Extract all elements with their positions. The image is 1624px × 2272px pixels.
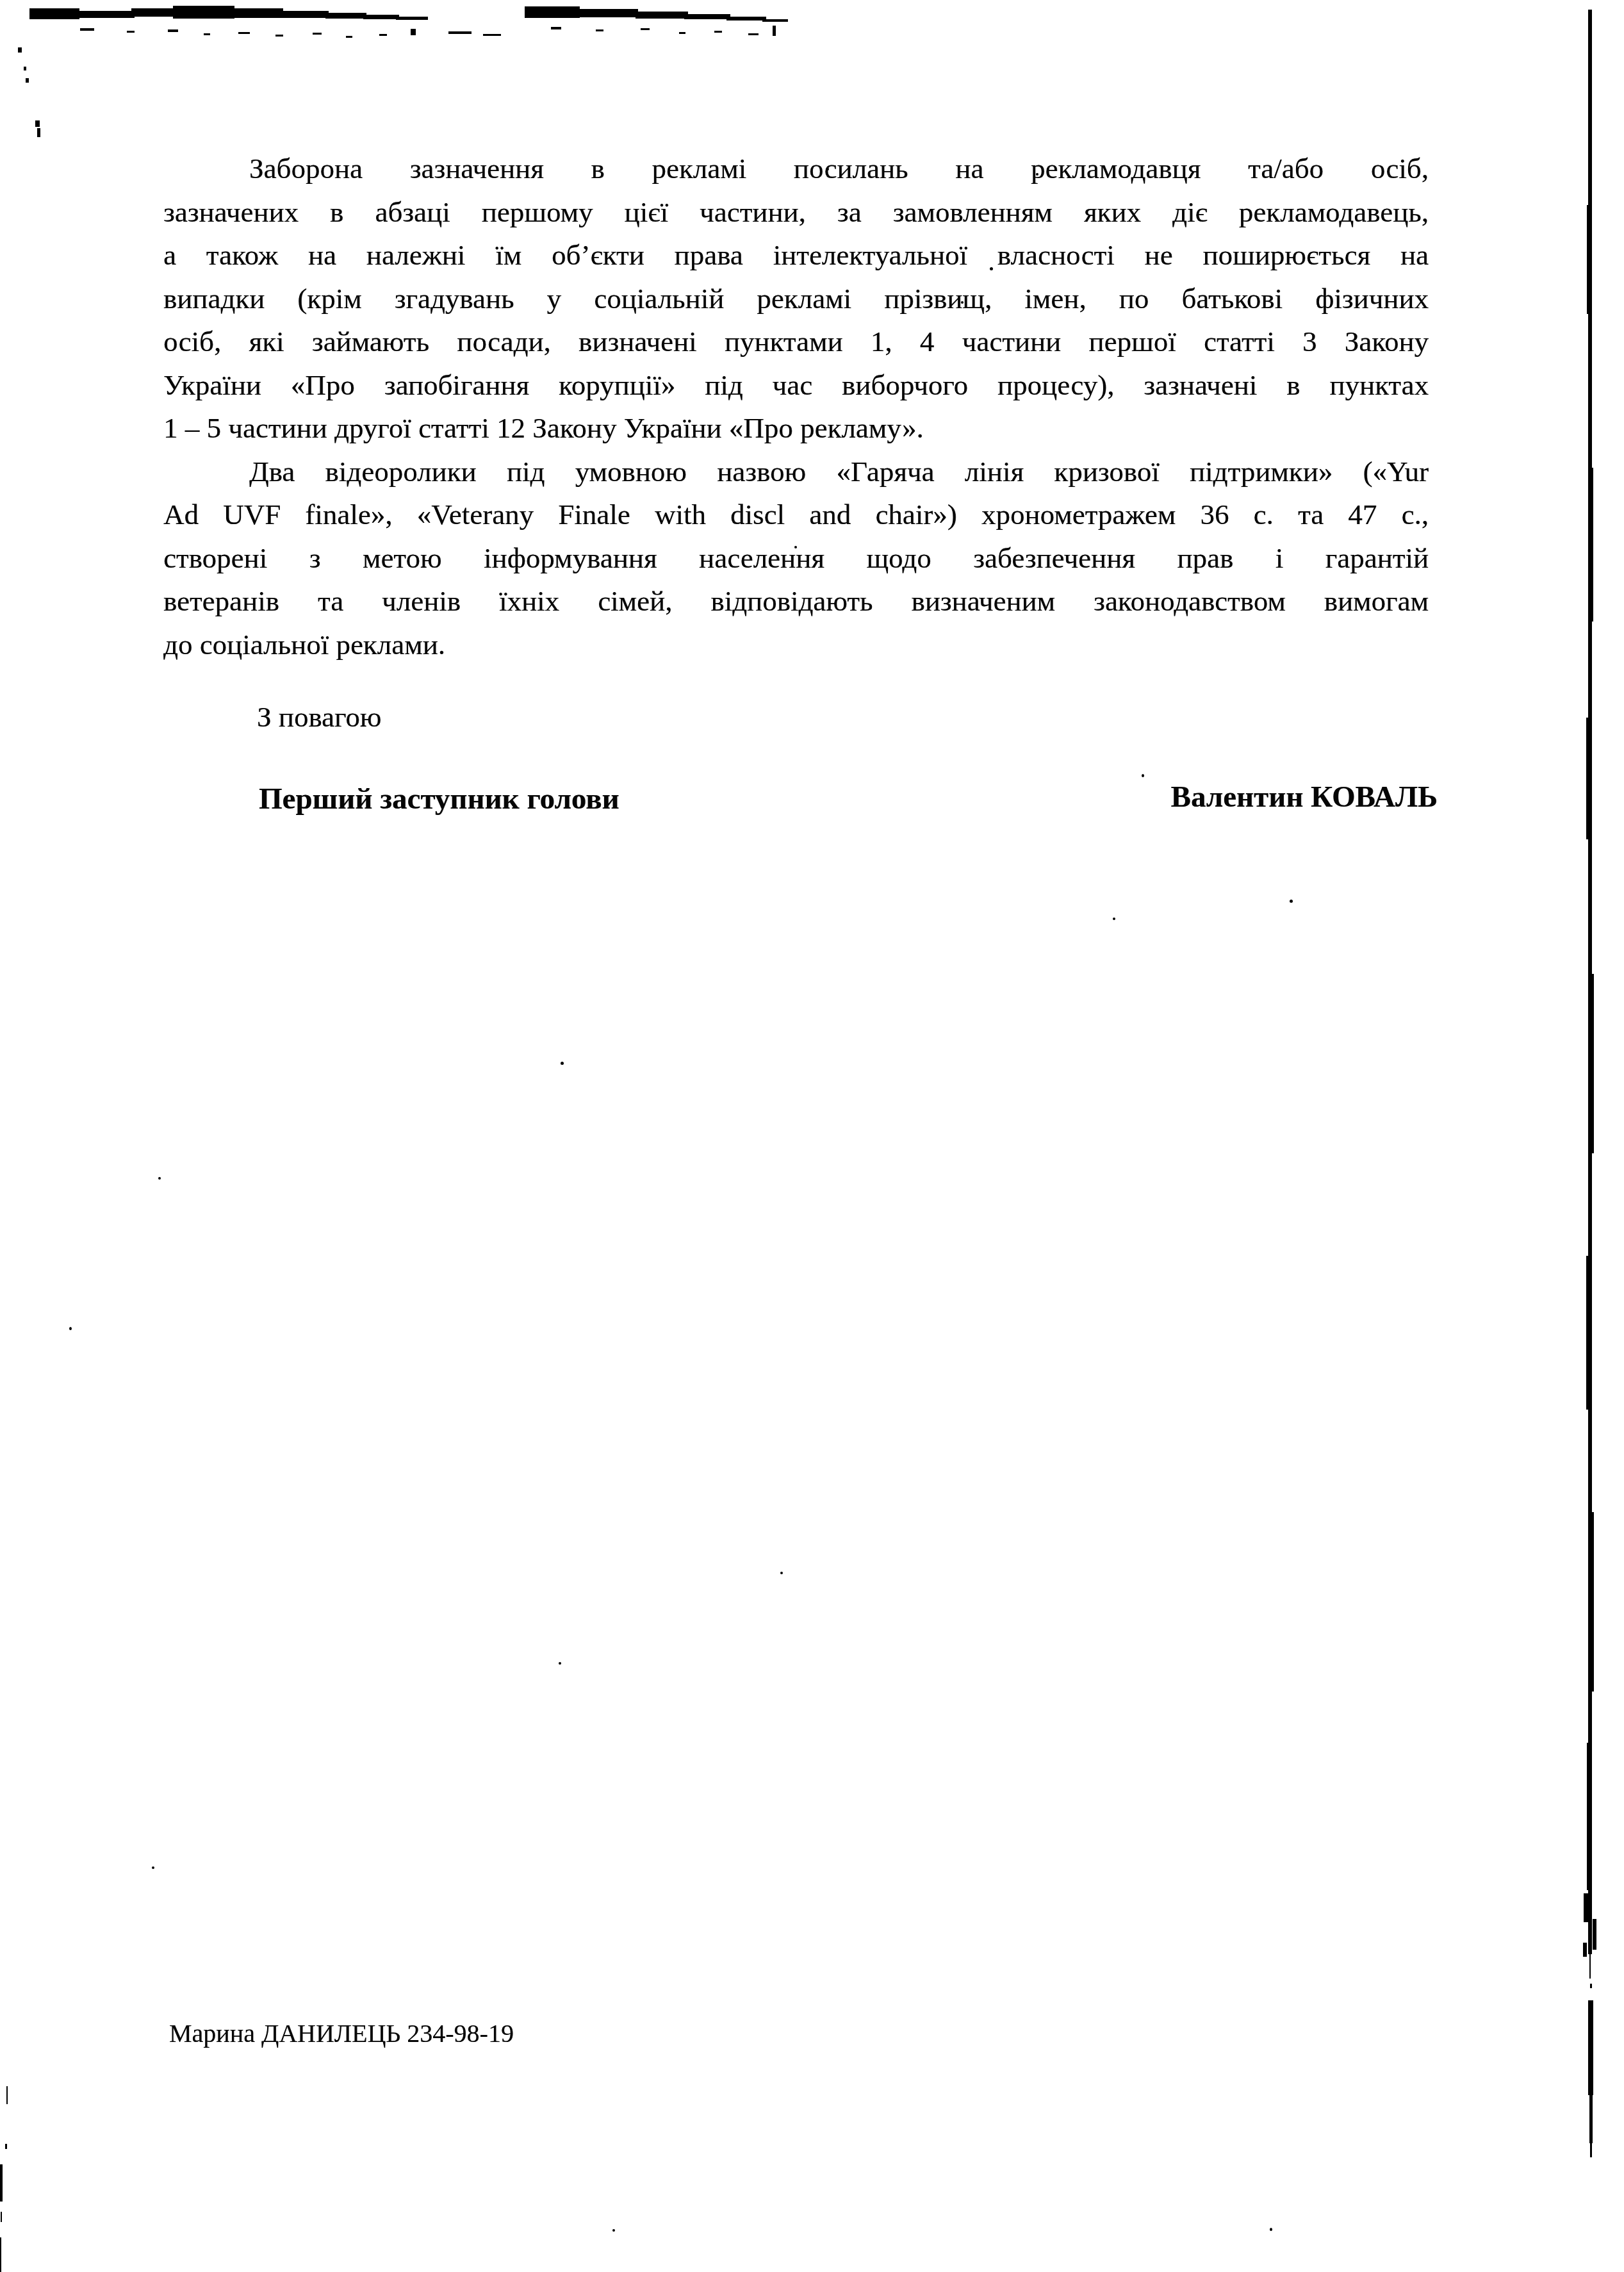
scan-artifact-top-line [275,35,283,37]
scan-artifact-top-line [80,28,94,31]
scan-artifact-right-line [1589,1954,1591,1979]
text-line: ветеранів та членів їхніх сімей, відпові… [163,580,1429,623]
scan-artifact-top-line [363,15,399,19]
scan-artifact-top-line [280,11,329,18]
scan-artifact-right-line [1591,468,1593,622]
scan-artifact-left-mark [5,2144,7,2149]
scan-artifact-speck [1142,774,1144,777]
scan-artifact-top-line [173,6,234,19]
text-line: Два відеоролики під умовною назвою «Гаря… [163,450,1429,494]
text-line: України «Про запобігання корупції» під ч… [163,364,1429,407]
scan-artifact-right-line [1592,1512,1594,1692]
scan-artifact-right-line [1586,1256,1588,1410]
scan-artifact-right-line [1590,2143,1592,2157]
scan-artifact-top-line [714,31,722,33]
scan-artifact-speck [780,1572,783,1574]
scan-artifact-speck [561,1062,564,1065]
letter-body: Заборона зазначення в рекламі посилань н… [163,147,1429,666]
scan-artifact-left-mark [37,128,40,137]
scan-artifact-right-line [1587,1743,1589,1890]
scan-artifact-top-line [204,33,210,35]
scan-artifact-top-line [726,17,766,21]
paragraph-videos: Два відеоролики під умовною назвою «Гаря… [163,450,1429,667]
text-line: зазначених в абзаці першому цієї частини… [163,191,1429,235]
text-line: Ad UVF finale», «Veterany Finale with di… [163,493,1429,537]
text-line: випадки (крім згадувань у соціальній рек… [163,277,1429,321]
scan-artifact-right-line [1586,718,1588,839]
scan-artifact-top-line [231,8,283,18]
scan-artifact-left-mark [1,2212,2,2222]
scan-artifact-right-line [1589,2095,1593,2143]
scan-artifact-top-line [346,36,352,38]
scan-artifact-top-line [773,26,776,36]
scan-artifact-speck [152,1866,154,1869]
scan-artifact-top-line [127,31,135,33]
scan-artifact-right-line [1593,1919,1596,1950]
scan-artifact-top-line [448,31,472,34]
scan-artifact-left-mark [0,2237,1,2272]
text-line: осіб, які займають посади, визначені пун… [163,320,1429,364]
scan-artifact-top-line [641,28,650,30]
document-page: Заборона зазначення в рекламі посилань н… [0,0,1624,2272]
scan-artifact-left-mark [35,120,40,127]
scan-artifact-right-line [1583,1943,1587,1957]
signature-title: Перший заступник голови [259,780,619,818]
scan-artifact-speck [559,1662,561,1665]
scan-artifact-top-line [131,8,176,17]
scan-artifact-top-line [411,29,416,35]
scan-artifact-right-line [1591,974,1594,1153]
scan-artifact-top-line [483,34,501,36]
scan-artifact-speck [1113,918,1115,920]
scan-artifact-speck [1290,900,1293,903]
text-line: 1 – 5 частини другої статті 12 Закону Ук… [163,407,1429,450]
closing-salutation: З повагою [257,696,381,739]
scan-artifact-speck [69,1327,72,1330]
scan-artifact-top-line [76,11,135,18]
scan-artifact-top-line [577,9,638,17]
scan-artifact-left-mark [26,78,29,83]
scan-artifact-left-mark [6,2086,8,2104]
scan-artifact-left-mark [24,67,26,70]
scan-artifact-top-line [313,33,322,35]
scan-artifact-top-line [525,6,580,18]
scan-artifact-top-line [396,17,428,20]
scan-artifact-speck [612,2229,615,2232]
scan-artifact-top-line [684,14,730,19]
paragraph-prohibition: Заборона зазначення в рекламі посилань н… [163,147,1429,450]
scan-artifact-top-line [29,8,79,19]
scan-artifact-right-line [1590,1984,1592,1988]
text-line: Заборона зазначення в рекламі посилань н… [163,147,1429,191]
scan-artifact-top-line [238,32,250,34]
scan-artifact-left-mark [0,2164,3,2202]
scan-artifact-top-line [596,29,603,31]
scan-artifact-top-line [551,27,561,29]
scan-artifact-speck [158,1177,161,1180]
scan-artifact-top-line [748,33,759,35]
executor-note: Марина ДАНИЛЕЦЬ 234-98-19 [169,2018,514,2050]
scan-artifact-top-line [379,34,387,36]
scan-artifact-top-line [679,32,685,34]
scan-artifact-top-line [762,19,788,22]
scanned-letter-page: { "page": { "width": 2535, "height": 354… [0,0,1624,2272]
text-line: до соціальної реклами. [163,623,1429,667]
scan-artifact-top-line [325,13,366,19]
scan-artifact-speck [1270,2228,1272,2231]
signature-name: Валентин КОВАЛЬ [1171,778,1438,816]
text-line: створені з метою інформування населення … [163,537,1429,580]
scan-artifact-right-line [1588,2000,1593,2095]
scan-artifact-right-line [1587,205,1589,314]
scan-artifact-top-line [636,12,688,19]
scan-artifact-left-mark [18,47,22,53]
text-line: а також на належні їм об’єкти права інте… [163,234,1429,277]
scan-artifact-top-line [168,29,178,32]
scan-artifact-right-line [1584,1893,1588,1922]
